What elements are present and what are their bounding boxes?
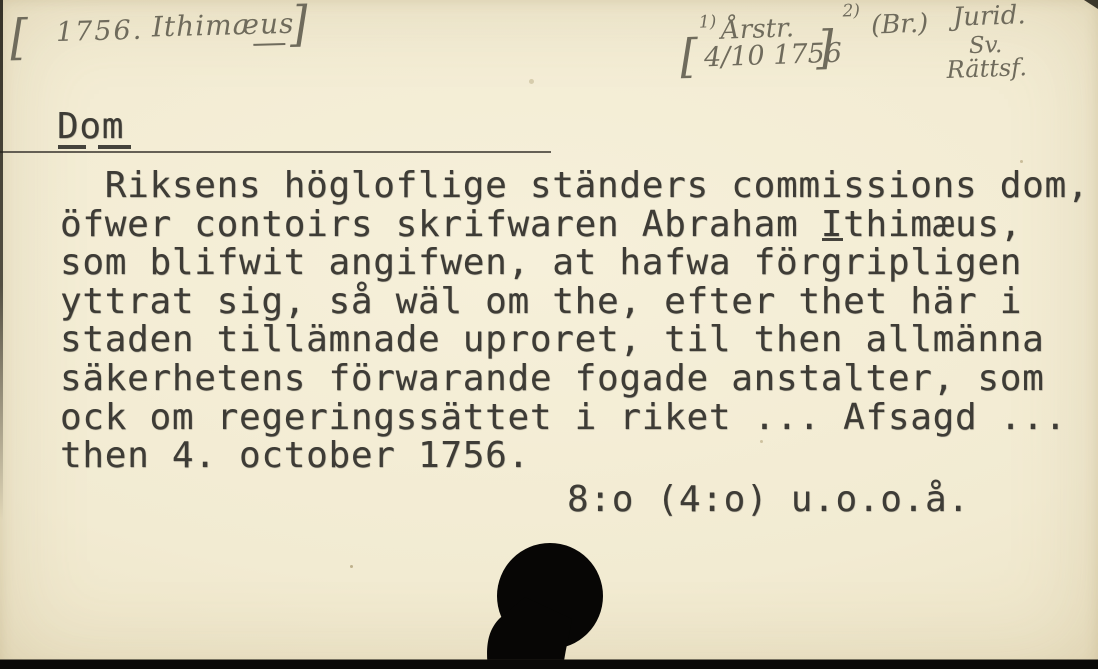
- topleft-open-bracket: [: [9, 8, 28, 65]
- topleft-name: Ithimæus: [151, 7, 294, 44]
- topleft-year: 1756.: [56, 15, 144, 48]
- topright-ref1-marker: 1): [698, 12, 716, 33]
- body-line: som blifwit angifwen, at hafwa förgripli…: [60, 244, 1098, 283]
- topright-ref2-text: (Br.): [871, 9, 929, 41]
- card-heading: Dom: [57, 106, 124, 147]
- body-line: öfwer contoirs skrifwaren Abraham Ithimæ…: [60, 206, 1098, 245]
- body-line: yttrat sig, så wäl om the, efter thet hä…: [60, 283, 1098, 322]
- topleft-annotation: [ 1756. Ithimæus ]: [5, 0, 336, 66]
- topright-class-jurid: Jurid.: [952, 0, 1026, 33]
- body-line: staden tillämnade uproret, til then allm…: [60, 321, 1098, 360]
- topright-open-bracket: [: [679, 29, 699, 84]
- index-card: [ 1756. Ithimæus ] 1) Årstr. [ 4/10 1756…: [0, 0, 1098, 669]
- heading-rule: [0, 151, 551, 153]
- topleft-close-bracket: ]: [289, 0, 308, 52]
- heading-underline-dash: [58, 145, 86, 149]
- scan-corner-artifact: [1084, 0, 1098, 9]
- topright-class-rattsf: Rättsf.: [946, 53, 1027, 84]
- body-line: ock om regeringssättet i riket ... Afsag…: [60, 399, 1098, 438]
- body-line: säkerhetens förwarande fogade anstalter,…: [60, 360, 1098, 399]
- ithimaeus-i-underline: [822, 238, 843, 241]
- topleft-name-underline: [253, 43, 285, 46]
- paper-specks: [350, 565, 353, 568]
- card-body: Riksens högloflige ständers commissions …: [60, 167, 1098, 476]
- heading-underline-dash: [98, 145, 131, 149]
- scan-bottom-edge: [0, 660, 1098, 669]
- topright-annotation: 1) Årstr. [ 4/10 1756 ] 2) (Br.) Jurid. …: [676, 0, 1098, 112]
- topright-close-bracket: ]: [815, 20, 835, 75]
- topright-ref2-marker: 2): [842, 1, 860, 22]
- scan-obstruction-silhouette: [470, 539, 620, 669]
- body-line: Riksens högloflige ständers commissions …: [60, 167, 1098, 206]
- body-line: then 4. october 1756.: [60, 437, 1098, 476]
- format-note: 8:o (4:o) u.o.o.å.: [567, 479, 970, 520]
- scan-left-edge: [0, 0, 3, 520]
